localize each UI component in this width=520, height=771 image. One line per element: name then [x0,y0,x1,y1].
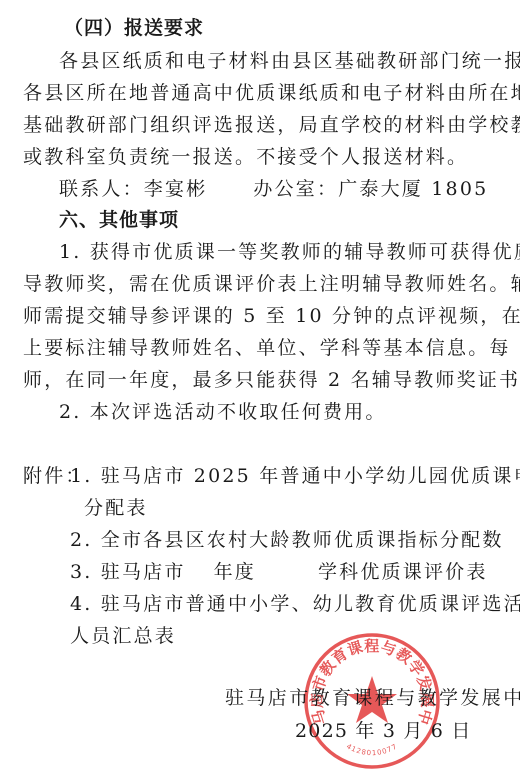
attachment-4: 4. 驻马店市普通中小学、幼儿教育优质课评选活动推荐 [70,592,520,616]
section-four-heading: （四）报送要求 [64,16,204,40]
item2-line: 2. 本次评选活动不收取任何费用。 [59,400,387,424]
attachment-1-continued: 分配表 [84,496,148,520]
svg-text:4128010077: 4128010077 [345,742,399,757]
item1-line: 1. 获得市优质课一等奖教师的辅导教师可获得优质课辅 [59,240,520,264]
attachment-3-year: 年度 [214,561,256,583]
attachment-2: 2. 全市各县区农村大龄教师优质课指标分配数 [70,528,504,552]
section-six-heading: 六、其他事项 [59,208,179,232]
attachment-4-continued: 人员汇总表 [70,624,176,648]
attachment-3-prefix: 3. 驻马店市 [70,561,186,583]
office-location: 办公室：广泰大厦 1805 [253,178,488,200]
seal-number: 4128010077 [345,742,399,757]
contact-line: 联系人：李宴彬办公室：广泰大厦 1805 [59,177,488,201]
paragraph-line: 各县区纸质和电子材料由县区基础教研部门统一报送， [59,49,520,73]
seal-arc-text: 驻马店市教育课程与教学发展中心 [303,632,436,727]
attachment-1: 1. 驻马店市 2025 年普通中小学幼儿园优质课申报名额 [70,464,520,488]
item1-line: 导教师奖，需在优质课评价表上注明辅导教师姓名。辅导教 [23,272,520,296]
contact-person: 联系人：李宴彬 [59,178,207,200]
attachment-3-suffix: 学科优质课评价表 [318,561,488,583]
paragraph-line: 各县区所在地普通高中优质课纸质和电子材料由所在地县区 [23,81,520,105]
item1-line: 师，在同一年度，最多只能获得 2 名辅导教师奖证书。 [23,368,520,392]
paragraph-line: 基础教研部门组织评选报送，局直学校的材料由学校教务处 [23,113,520,137]
attachment-3: 3. 驻马店市年度学科优质课评价表 [70,560,488,584]
item1-line: 师需提交辅导参评课的 5 至 10 分钟的点评视频，在点评视频 [23,304,520,328]
paragraph-line: 或教科室负责统一报送。不接受个人报送材料。 [23,145,468,169]
svg-text:驻马店市教育课程与教学发展中心: 驻马店市教育课程与教学发展中心 [303,632,436,727]
signature-date: 2025 年 3 月 6 日 [295,719,472,743]
item1-line: 上要标注辅导教师姓名、单位、学科等基本信息。每 1 名教 [23,336,520,360]
signature-organization: 驻马店市教育课程与教学发展中心 [225,686,520,710]
